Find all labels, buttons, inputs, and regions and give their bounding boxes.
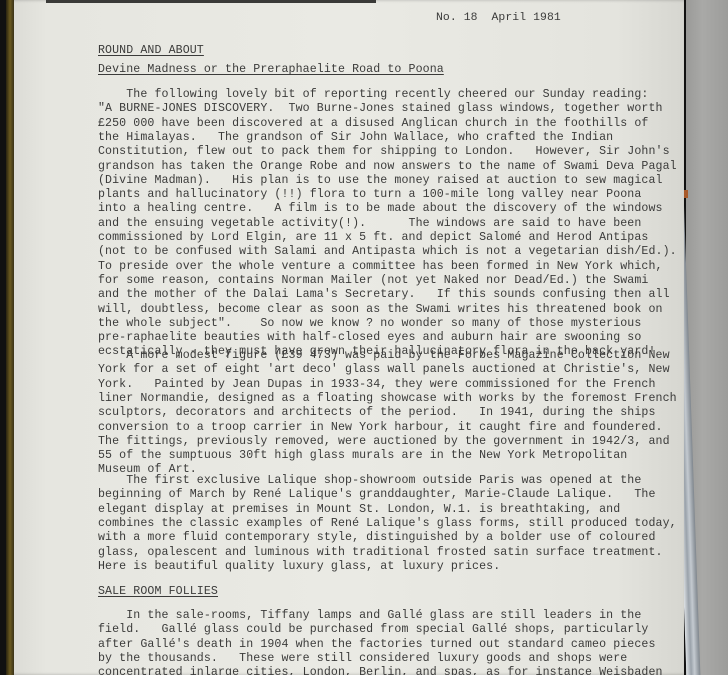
text-line: To preside over the whole venture a comm… bbox=[98, 260, 663, 274]
text-line: concentrated inlarge cities, London, Ber… bbox=[98, 666, 663, 675]
text-line: the whole subject". So now we know ? no … bbox=[98, 317, 641, 331]
text-line: In the sale-rooms, Tiffany lamps and Gal… bbox=[98, 609, 641, 623]
top-rule-line bbox=[46, 0, 376, 3]
text-line: The fittings, previously removed, were a… bbox=[98, 435, 670, 449]
text-line: will, doubtless, become clear as soon as… bbox=[98, 303, 663, 317]
text-line: The first exclusive Lalique shop-showroo… bbox=[98, 474, 641, 488]
text-line: field. Gallé glass could be purchased fr… bbox=[98, 623, 648, 637]
text-line: 55 of the sumptuous 30ft high glass mura… bbox=[98, 449, 627, 463]
text-line: £250 000 have been discovered at a disus… bbox=[98, 117, 648, 131]
text-line: for some reason, contains Norman Mailer … bbox=[98, 274, 648, 288]
text-line: conversion to a troop carrier in New Yor… bbox=[98, 421, 663, 435]
issue-line: No. 18 April 1981 bbox=[436, 12, 561, 24]
page-left-edge bbox=[6, 0, 14, 675]
text-line: plants and hallucinatory (!!) flora to t… bbox=[98, 188, 641, 202]
text-line: elegant display at premises in Mount St.… bbox=[98, 503, 620, 517]
text-line: and the mother of the Dalai Lama's Secre… bbox=[98, 288, 670, 302]
article-title: Devine Madness or the Preraphaelite Road… bbox=[98, 63, 444, 76]
text-line: after Gallé's death in 1904 when the fac… bbox=[98, 638, 656, 652]
text-line: commissioned by Lord Elgin, are 11 x 5 f… bbox=[98, 231, 648, 245]
text-line: into a healing centre. A film is to be m… bbox=[98, 202, 663, 216]
text-line: liner Normandie, designed as a floating … bbox=[98, 392, 677, 406]
text-line: and the ensuing vegetable activity(!). T… bbox=[98, 217, 641, 231]
text-line: combines the classic examples of René La… bbox=[98, 517, 677, 531]
section-heading: ROUND AND ABOUT bbox=[98, 44, 204, 57]
text-line: York for a set of eight 'art deco' glass… bbox=[98, 363, 670, 377]
text-line: grandson has taken the Orange Robe and n… bbox=[98, 160, 677, 174]
text-line: with a more fluid contemporary style, di… bbox=[98, 531, 656, 545]
text-line: glass, opalescent and luminous with trad… bbox=[98, 546, 663, 560]
text-line: beginning of March by René Lalique's gra… bbox=[98, 488, 656, 502]
text-line: (not to be confused with Salami and Anti… bbox=[98, 245, 677, 259]
section2-heading: SALE ROOM FOLLIES bbox=[98, 585, 218, 598]
text-line: the Himalayas. The grandson of Sir John … bbox=[98, 131, 613, 145]
text-line: sculptors, decorators and architects of … bbox=[98, 406, 656, 420]
text-line: The following lovely bit of reporting re… bbox=[98, 88, 648, 102]
text-line: Constitution, flew out to pack them for … bbox=[98, 145, 670, 159]
text-line: "A BURNE-JONES DISCOVERY. Two Burne-Jone… bbox=[98, 102, 663, 116]
text-line: pre-raphaelite beauties with half-closed… bbox=[98, 331, 641, 345]
photo-scene: No. 18 April 1981 ROUND AND ABOUT Devine… bbox=[0, 0, 728, 675]
text-line: Here is beautiful quality luxury glass, … bbox=[98, 560, 500, 574]
text-line: A more modest figure (£39 473) was paid … bbox=[98, 349, 670, 363]
text-line: (Divine Madman). His plan is to use the … bbox=[98, 174, 663, 188]
text-line: York. Painted by Jean Dupas in 1933-34, … bbox=[98, 378, 656, 392]
text-line: by the thousands. These were still consi… bbox=[98, 652, 627, 666]
